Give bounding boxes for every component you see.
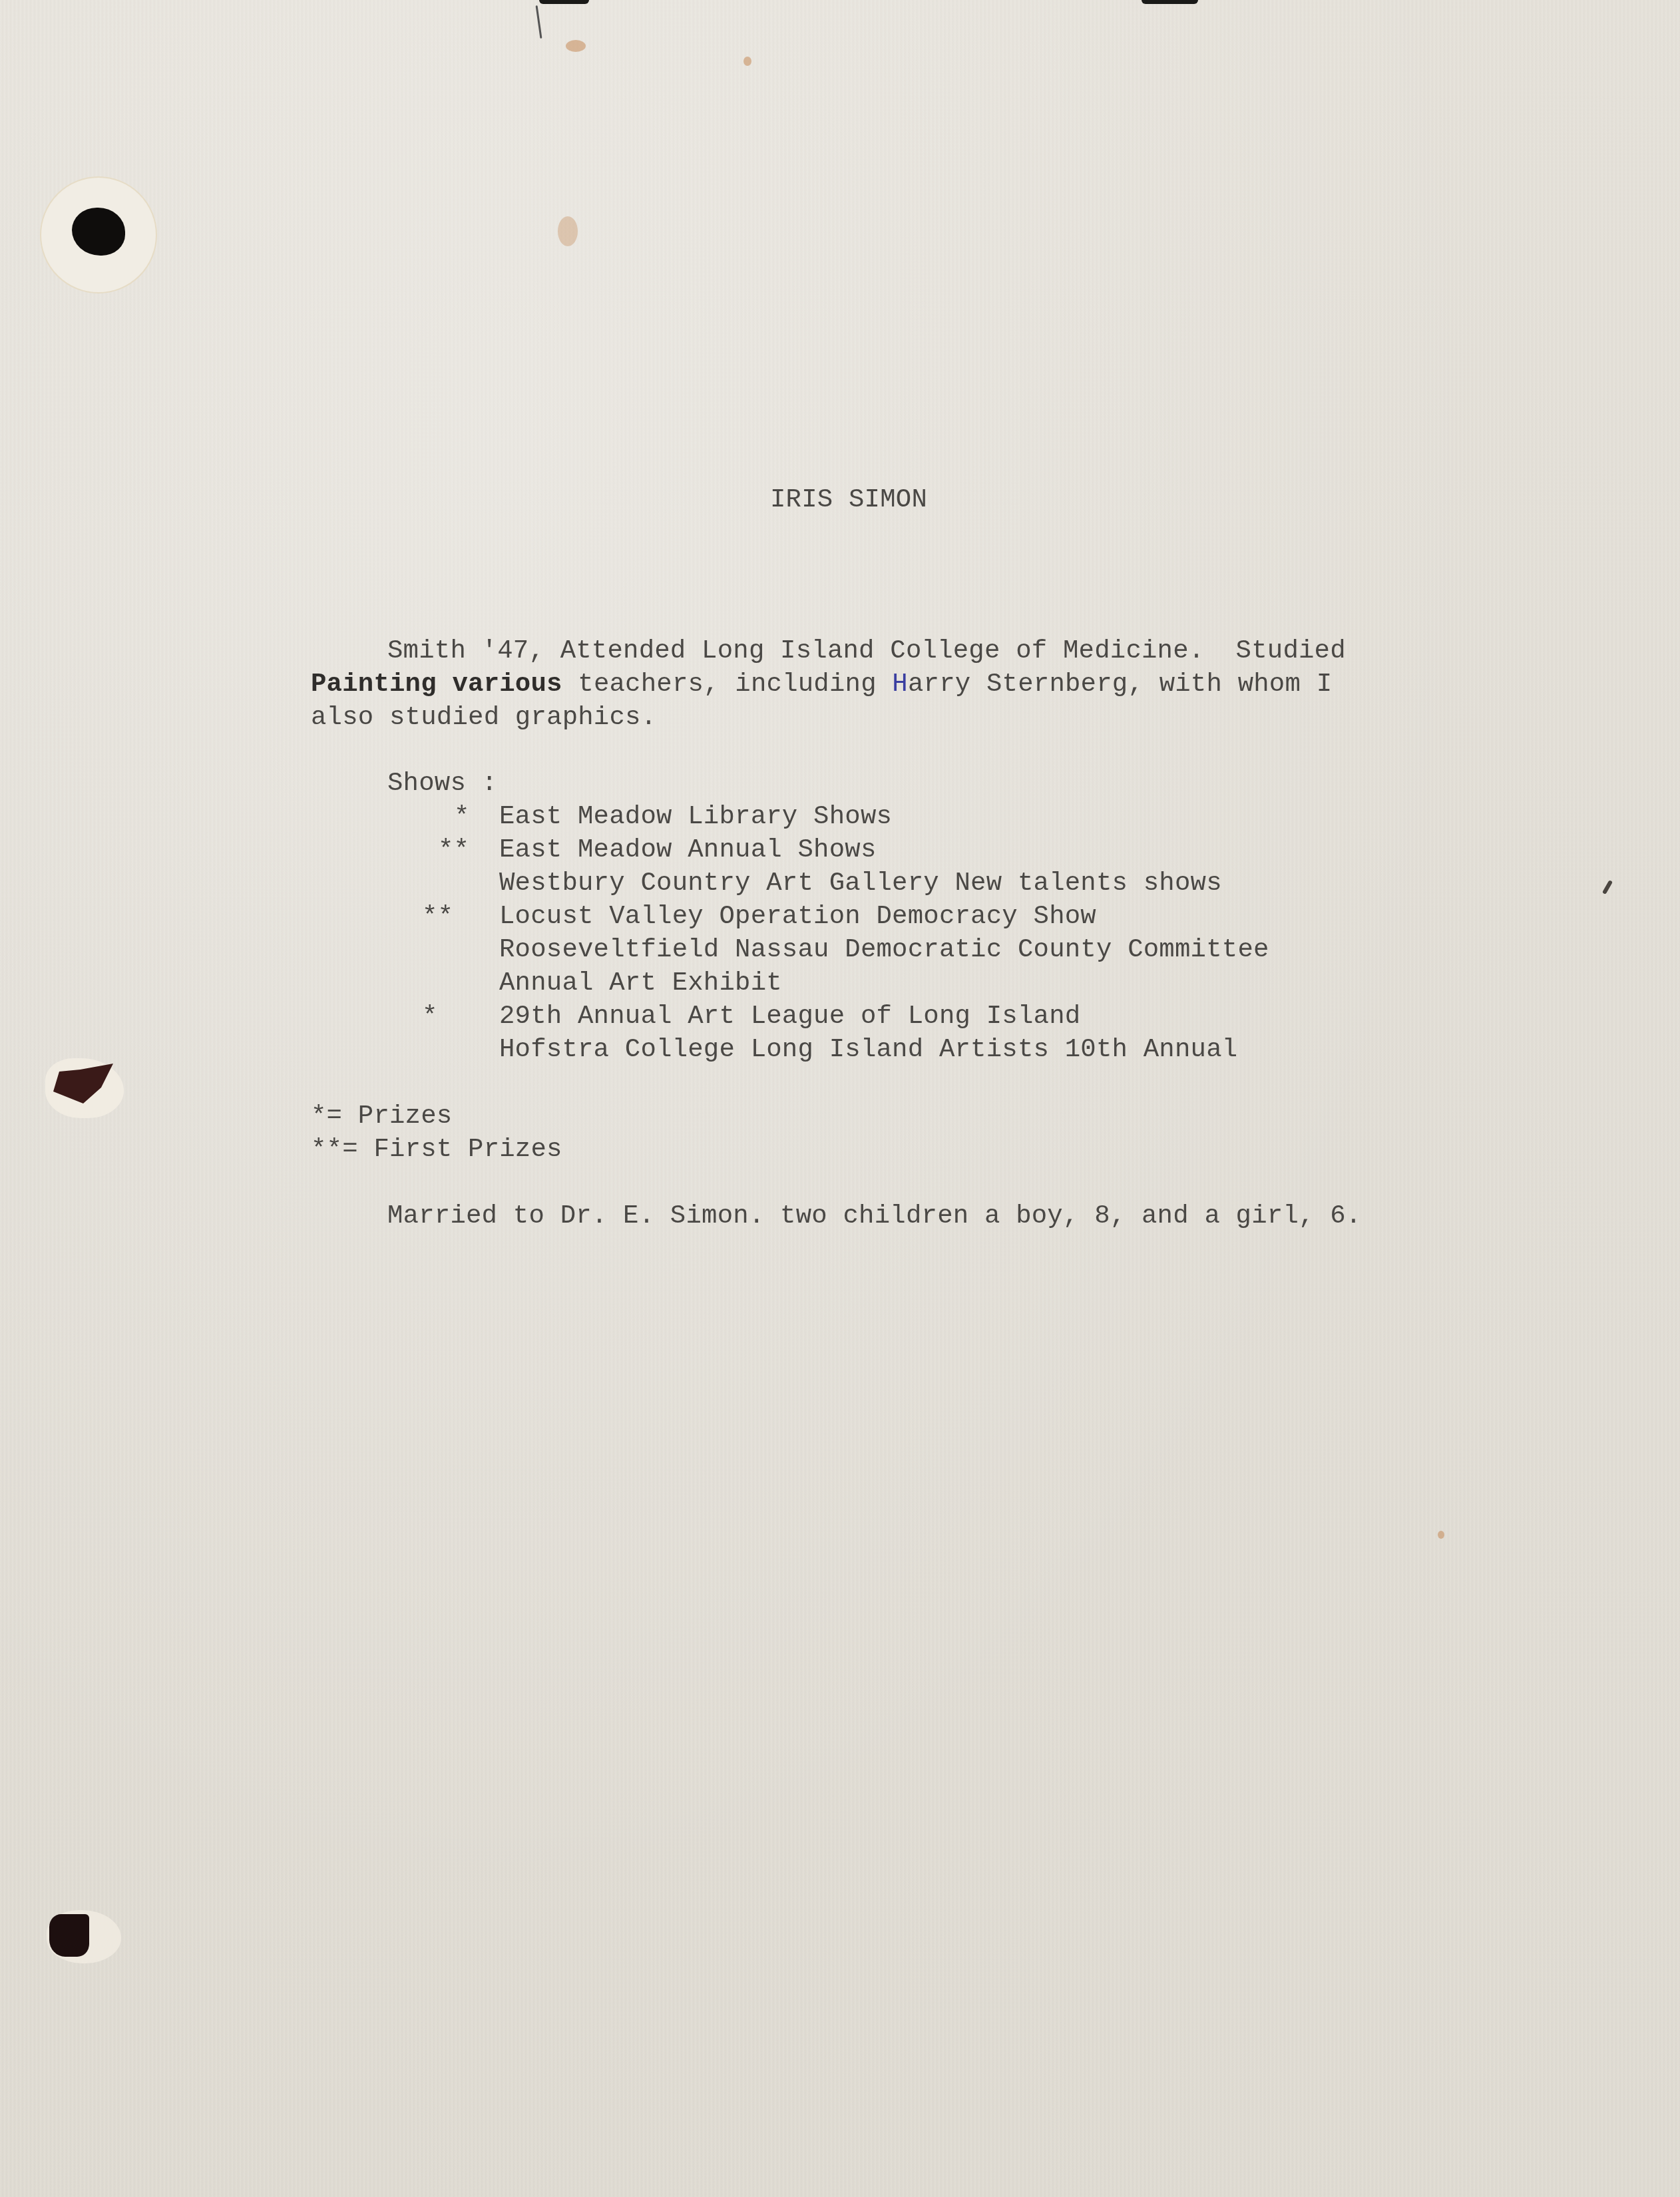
bio-text: teachers, including (562, 670, 893, 699)
show-marker: ** (422, 900, 453, 933)
show-marker: * (422, 1000, 438, 1033)
show-item: Hofstra College Long Island Artists 10th… (499, 1033, 1237, 1066)
show-item: Westbury Country Art Gallery New talents… (499, 867, 1222, 900)
rust-stain (558, 216, 578, 246)
show-item: East Meadow Annual Shows (499, 833, 877, 867)
bio-text: arry Sternberg, with whom I (908, 670, 1332, 699)
show-item: Annual Art Exhibit (499, 966, 782, 1000)
legend-prizes: *= Prizes (311, 1099, 452, 1133)
rust-stain (743, 57, 751, 66)
show-item: Rooseveltfield Nassau Democratic County … (499, 933, 1269, 966)
shows-heading: Shows : (387, 767, 497, 800)
show-item: Locust Valley Operation Democracy Show (499, 900, 1096, 933)
show-item: 29th Annual Art League of Long Island (499, 1000, 1080, 1033)
show-marker: ** (438, 833, 469, 867)
rust-stain (566, 40, 586, 52)
show-marker: * (454, 800, 470, 833)
rust-stain (1438, 1531, 1444, 1539)
top-edge-notch (539, 0, 589, 4)
paper-background (0, 0, 1680, 2197)
bio-bold-text: Painting various (311, 670, 562, 699)
top-edge-notch (1142, 0, 1198, 4)
personal-info: Married to Dr. E. Simon. two children a … (387, 1199, 1361, 1233)
bio-line-1: Smith '47, Attended Long Island College … (387, 634, 1346, 668)
show-item: East Meadow Library Shows (499, 800, 892, 833)
torn-punch-hole (47, 1910, 121, 1963)
legend-first-prizes: **= First Prizes (311, 1133, 562, 1166)
bio-line-3: also studied graphics. (311, 701, 656, 734)
bio-line-2: Painting various teachers, including Har… (311, 668, 1332, 701)
document-title: IRIS SIMON (770, 483, 927, 516)
handwritten-correction: H (892, 670, 908, 699)
